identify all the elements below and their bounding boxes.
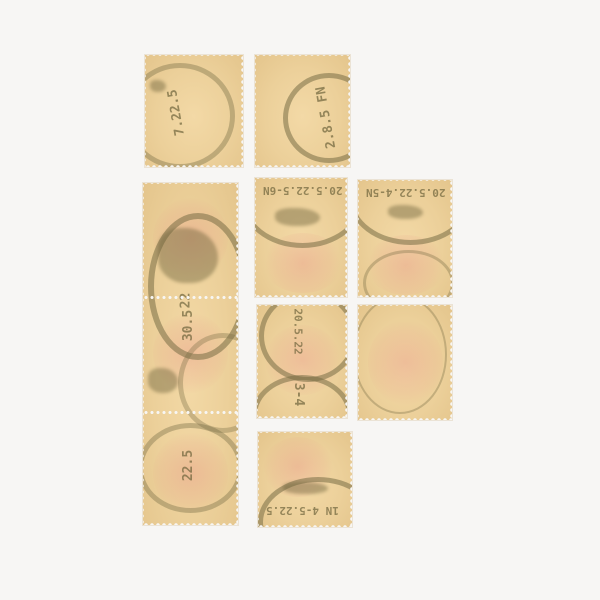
perforation: [143, 411, 238, 414]
postmark-blot: [388, 205, 423, 219]
postmark-date: 3-4: [291, 383, 306, 406]
postmark-blot: [283, 482, 328, 494]
stamp-middle-3: 1N 4-5.22.5: [258, 432, 352, 527]
postmark-date: 30.5: [181, 310, 196, 341]
postmark-date: 22.5: [181, 450, 196, 481]
postmark-date: 1N 4-5.22.5: [266, 504, 339, 517]
postmark-blot: [148, 368, 178, 393]
stamp-top-left: 7.22.5: [145, 55, 243, 167]
stamp-right-1: 20.5.22.4-5N: [358, 180, 452, 297]
postmark: [145, 63, 235, 167]
postmark-blot: [150, 80, 166, 92]
stamp-right-2: [358, 305, 452, 420]
postmark-date: 20.5.22.4-5N: [366, 186, 445, 199]
postmark-date: 20.5.22.5-6N: [263, 184, 342, 197]
stamp-strip: 22 30.5 22.5: [143, 183, 238, 525]
stamp-middle-2: 20.5.22 3-4: [257, 305, 347, 418]
postmark: [358, 305, 447, 414]
stamp-top-right: 2.8.5 FN: [255, 55, 350, 167]
perforation: [143, 296, 238, 299]
stamp-middle-1: 20.5.22.5-6N: [255, 178, 347, 297]
postmark-blot: [275, 208, 320, 226]
postmark-date: 20.5.22: [292, 308, 305, 354]
